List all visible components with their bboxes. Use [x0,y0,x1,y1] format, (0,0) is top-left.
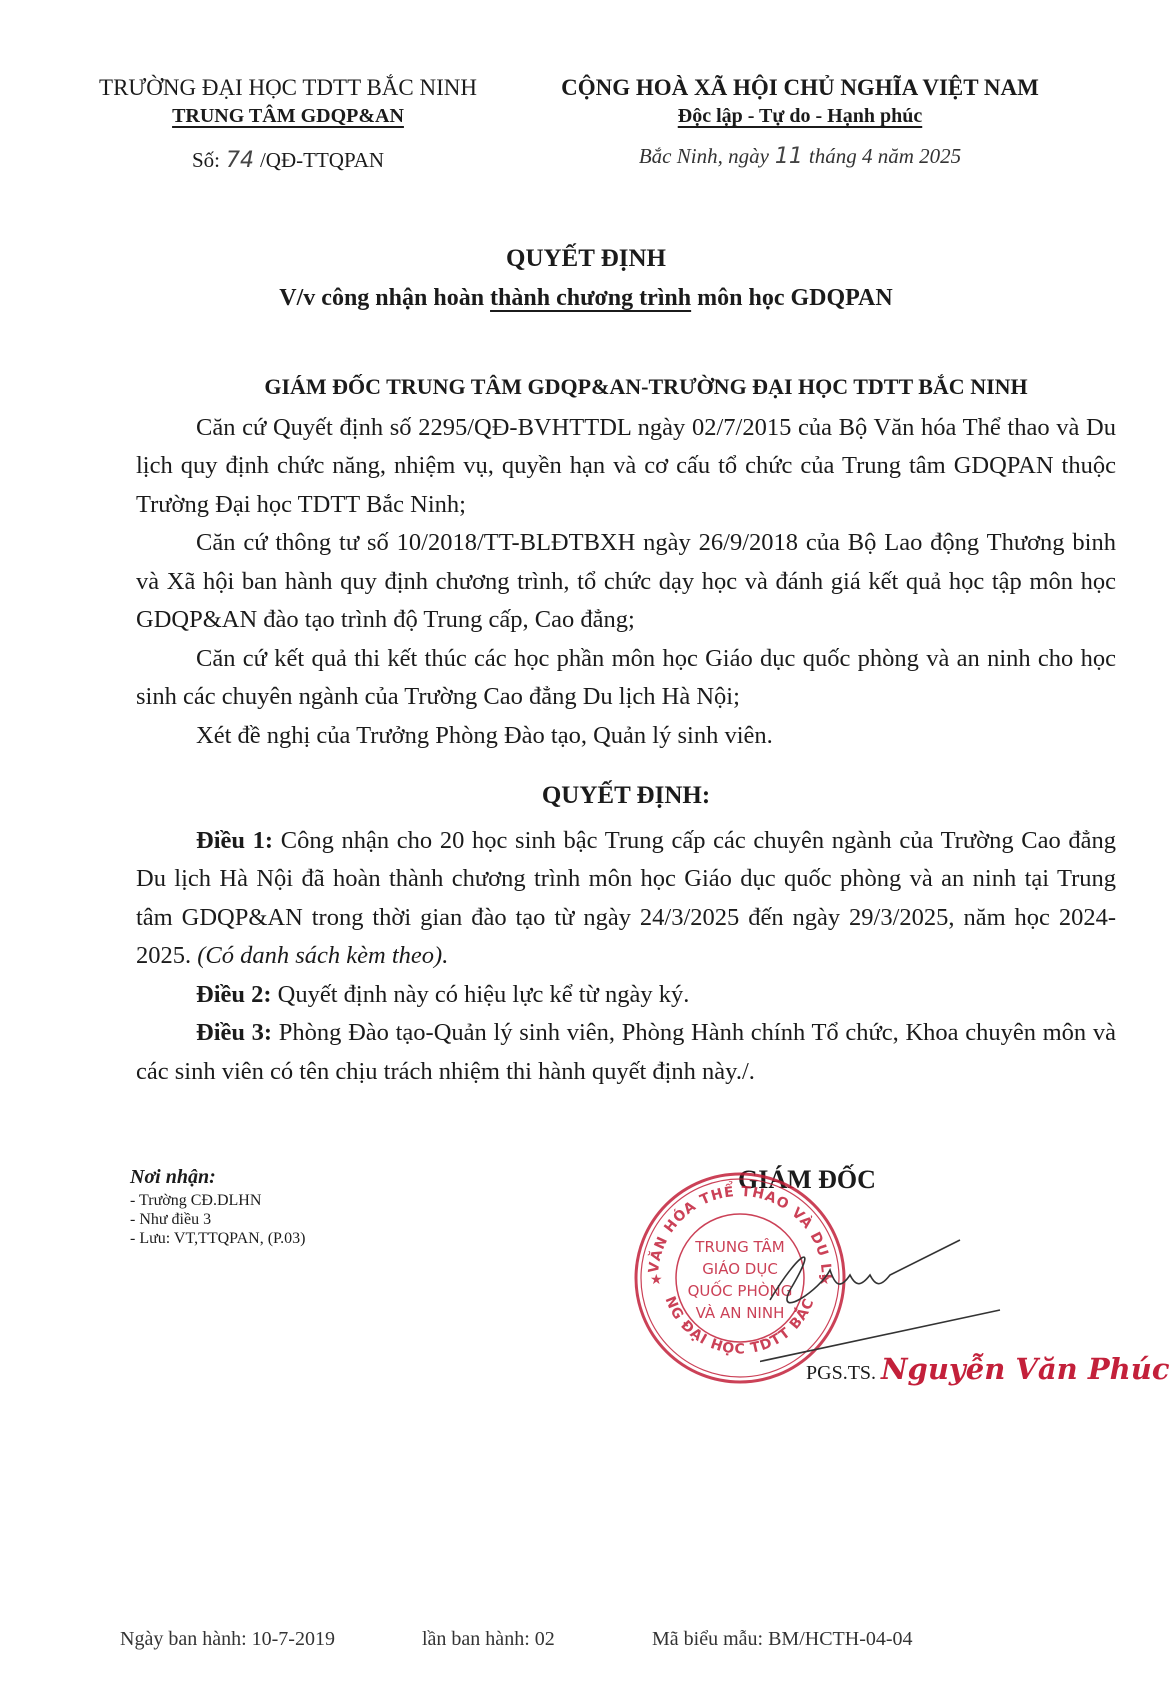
footer-issue-number: lần ban hành: 02 [422,1628,555,1651]
issue-place-date: Bắc Ninh, ngày11tháng 4 năm 2025 [520,144,1080,169]
recital: Căn cứ thông tư số 10/2018/TT-BLĐTBXH ng… [136,524,1116,640]
recital: Xét đề nghị của Trưởng Phòng Đào tạo, Qu… [136,717,1116,756]
issuing-org-block: TRƯỜNG ĐẠI HỌC TDTT BẮC NINH TRUNG TÂM G… [78,74,498,173]
recipient-item: - Như điều 3 [130,1210,306,1229]
footer-form-code: Mã biểu mẫu: BM/HCTH-04-04 [652,1628,913,1651]
svg-text:★: ★ [650,1272,663,1288]
footer-issued-date: Ngày ban hành: 10-7-2019 [120,1628,335,1651]
handwritten-number: 74 [220,148,260,173]
document-number: Số:74/QĐ-TTQPAN [78,148,498,173]
parent-org: TRƯỜNG ĐẠI HỌC TDTT BẮC NINH [78,74,498,102]
national-header-block: CỘNG HOÀ XÃ HỘI CHỦ NGHĨA VIỆT NAM Độc l… [520,74,1080,169]
document-title: QUYẾT ĐỊNH [0,245,1172,273]
recipients-heading: Nơi nhận: [130,1168,306,1187]
recipients-block: Nơi nhận: - Trường CĐ.DLHN - Như điều 3 … [130,1168,306,1248]
article-3: Điều 3: Phòng Đào tạo-Quản lý sinh viên,… [136,1014,1116,1091]
document-body: GIÁM ĐỐC TRUNG TÂM GDQP&AN-TRƯỜNG ĐẠI HỌ… [136,368,1116,1091]
handwritten-day: 11 [769,144,809,169]
document-subject: V/v công nhận hoàn thành chương trình mô… [0,285,1172,312]
article-2: Điều 2: Quyết định này có hiệu lực kể từ… [136,976,1116,1015]
recipient-item: - Lưu: VT,TTQPAN, (P.03) [130,1229,306,1248]
article-1: Điều 1: Công nhận cho 20 học sinh bậc Tr… [136,822,1116,976]
decision-heading: QUYẾT ĐỊNH: [136,777,1116,816]
handwritten-signature-icon [760,1230,1060,1370]
recipient-item: - Trường CĐ.DLHN [130,1191,306,1210]
issuing-unit: TRUNG TÂM GDQP&AN [78,102,498,130]
recital: Căn cứ kết quả thi kết thúc các học phần… [136,640,1116,717]
recital: Căn cứ Quyết định số 2295/QĐ-BVHTTDL ngà… [136,409,1116,525]
authority-line: GIÁM ĐỐC TRUNG TÂM GDQP&AN-TRƯỜNG ĐẠI HỌ… [136,368,1116,407]
signer-name: PGS.TS. Nguyễn Văn Phúc [806,1352,1170,1386]
national-title: CỘNG HOÀ XÃ HỘI CHỦ NGHĨA VIỆT NAM [520,74,1080,102]
national-motto: Độc lập - Tự do - Hạnh phúc [520,102,1080,130]
